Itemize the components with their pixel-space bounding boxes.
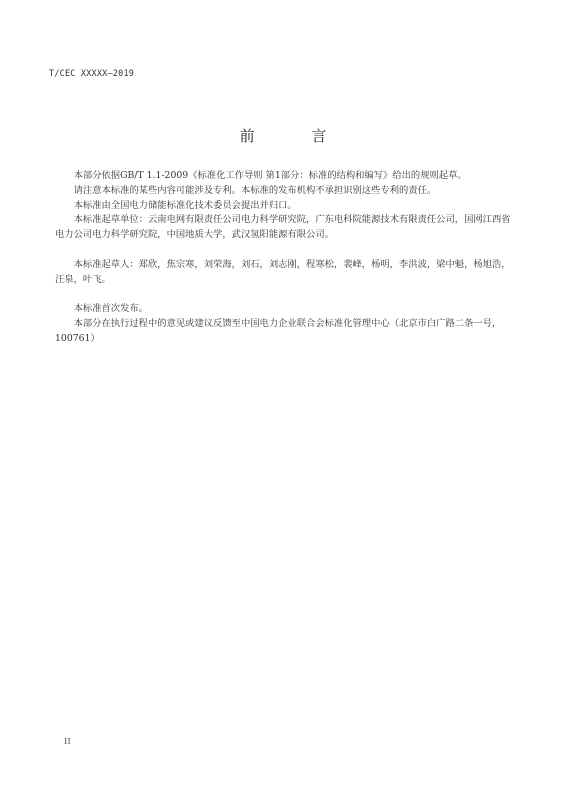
paragraph-drafters: 本标准起草人：郑欣，焦宗寒，刘荣海，刘石，刘志刚，程寒松，裴峰，杨明，李洪波，梁… [55,258,515,288]
spacer [55,287,515,302]
paragraph-proposer: 本标准由全国电力储能标准化技术委员会提出并归口。 [55,199,515,214]
document-code: T/CEC XXXXX—2019 [49,69,134,79]
paragraph-drafting-rules: 本部分依据GB/T 1.1-2009《标准化工作导则 第1部分：标准的结构和编写… [55,169,515,184]
foreword-body: 本部分依据GB/T 1.1-2009《标准化工作导则 第1部分：标准的结构和编写… [55,169,515,347]
paragraph-drafting-units: 本标准起草单位：云南电网有限责任公司电力科学研究院，广东电科院能源技术有限责任公… [55,213,515,243]
spacer [55,243,515,258]
page-number: II [64,737,71,747]
paragraph-feedback: 本部分在执行过程中的意见或建议反馈至中国电力企业联合会标准化管理中心（北京市白广… [55,317,515,347]
page-title: 前 言 [0,125,566,146]
paragraph-patent-notice: 请注意本标准的某些内容可能涉及专利。本标准的发布机构不承担识别这些专利的责任。 [55,184,515,199]
paragraph-first-release: 本标准首次发布。 [55,302,515,317]
